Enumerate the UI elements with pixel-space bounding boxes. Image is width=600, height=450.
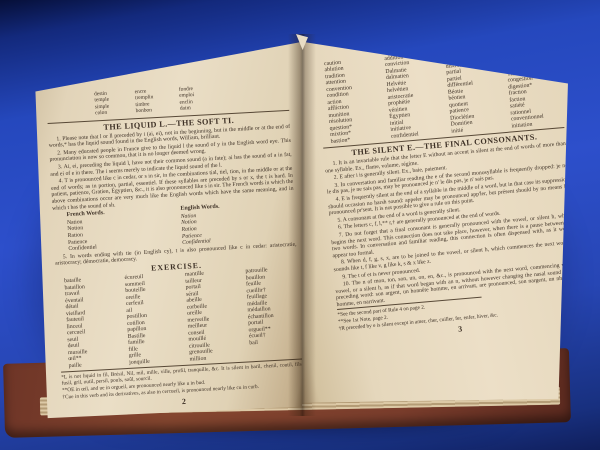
- word-item: insatiable: [505, 47, 558, 58]
- left-page-content: destintemplesimplecolon encretremplintim…: [46, 81, 302, 413]
- word-item: Gratien: [505, 41, 558, 52]
- exercise-column: bataillebataillontravailéventaildétailvi…: [56, 276, 121, 370]
- exercise-column: cautionablutiontraditionattentionconvent…: [316, 56, 383, 145]
- word-item: émotion: [445, 52, 498, 63]
- exercise-column: mantilletailleurportailsérailabeillecorb…: [177, 269, 242, 363]
- english-words-column: NationNotionRationPatienceConfidential: [181, 207, 297, 246]
- top-words-column: fondreemploienclindaim: [179, 86, 195, 112]
- left-rules-1-4: 1. Please note that l or ll preceded by …: [48, 123, 294, 212]
- exercise-column: diplomatieémotiondiscrétionpartialpartie…: [436, 46, 503, 135]
- word-item: daim: [180, 105, 195, 112]
- word-item: bonbon: [136, 107, 155, 114]
- word-item: colon: [95, 110, 110, 117]
- french-words-column: NationNotionRationPatienceConfidentiel: [67, 214, 183, 253]
- book-gutter-shadow: [288, 34, 316, 416]
- right-exercise-title: EXERCISE.: [315, 36, 557, 60]
- exercise-column: écureuilsommeilbouteilleoreillecerfeuila…: [116, 273, 181, 367]
- left-page: destintemplesimplecolon encretremplintim…: [30, 38, 302, 420]
- right-page: EXERCISE. cautionablutiontraditionattent…: [302, 36, 572, 416]
- top-words-column: encretremplintimbrebonbon: [135, 88, 155, 115]
- right-page-content: EXERCISE. cautionablutiontraditionattent…: [315, 36, 572, 344]
- top-words-column: destintemplesimplecolon: [94, 91, 110, 117]
- word-item: diplomatie: [444, 46, 497, 57]
- left-exercise-word-list: bataillebataillontravailéventaildétailvi…: [56, 266, 302, 370]
- exercise-column: GratieninsatiableminutienationalTitienco…: [497, 41, 564, 130]
- right-rules: 1. It is an invariable rule that the let…: [324, 141, 572, 309]
- word-item: minutie: [506, 54, 559, 65]
- book-photo: destintemplesimplecolon encretremplintim…: [0, 0, 600, 450]
- exercise-column: additionconvictionDalmatiedalmatienHelvé…: [376, 51, 443, 140]
